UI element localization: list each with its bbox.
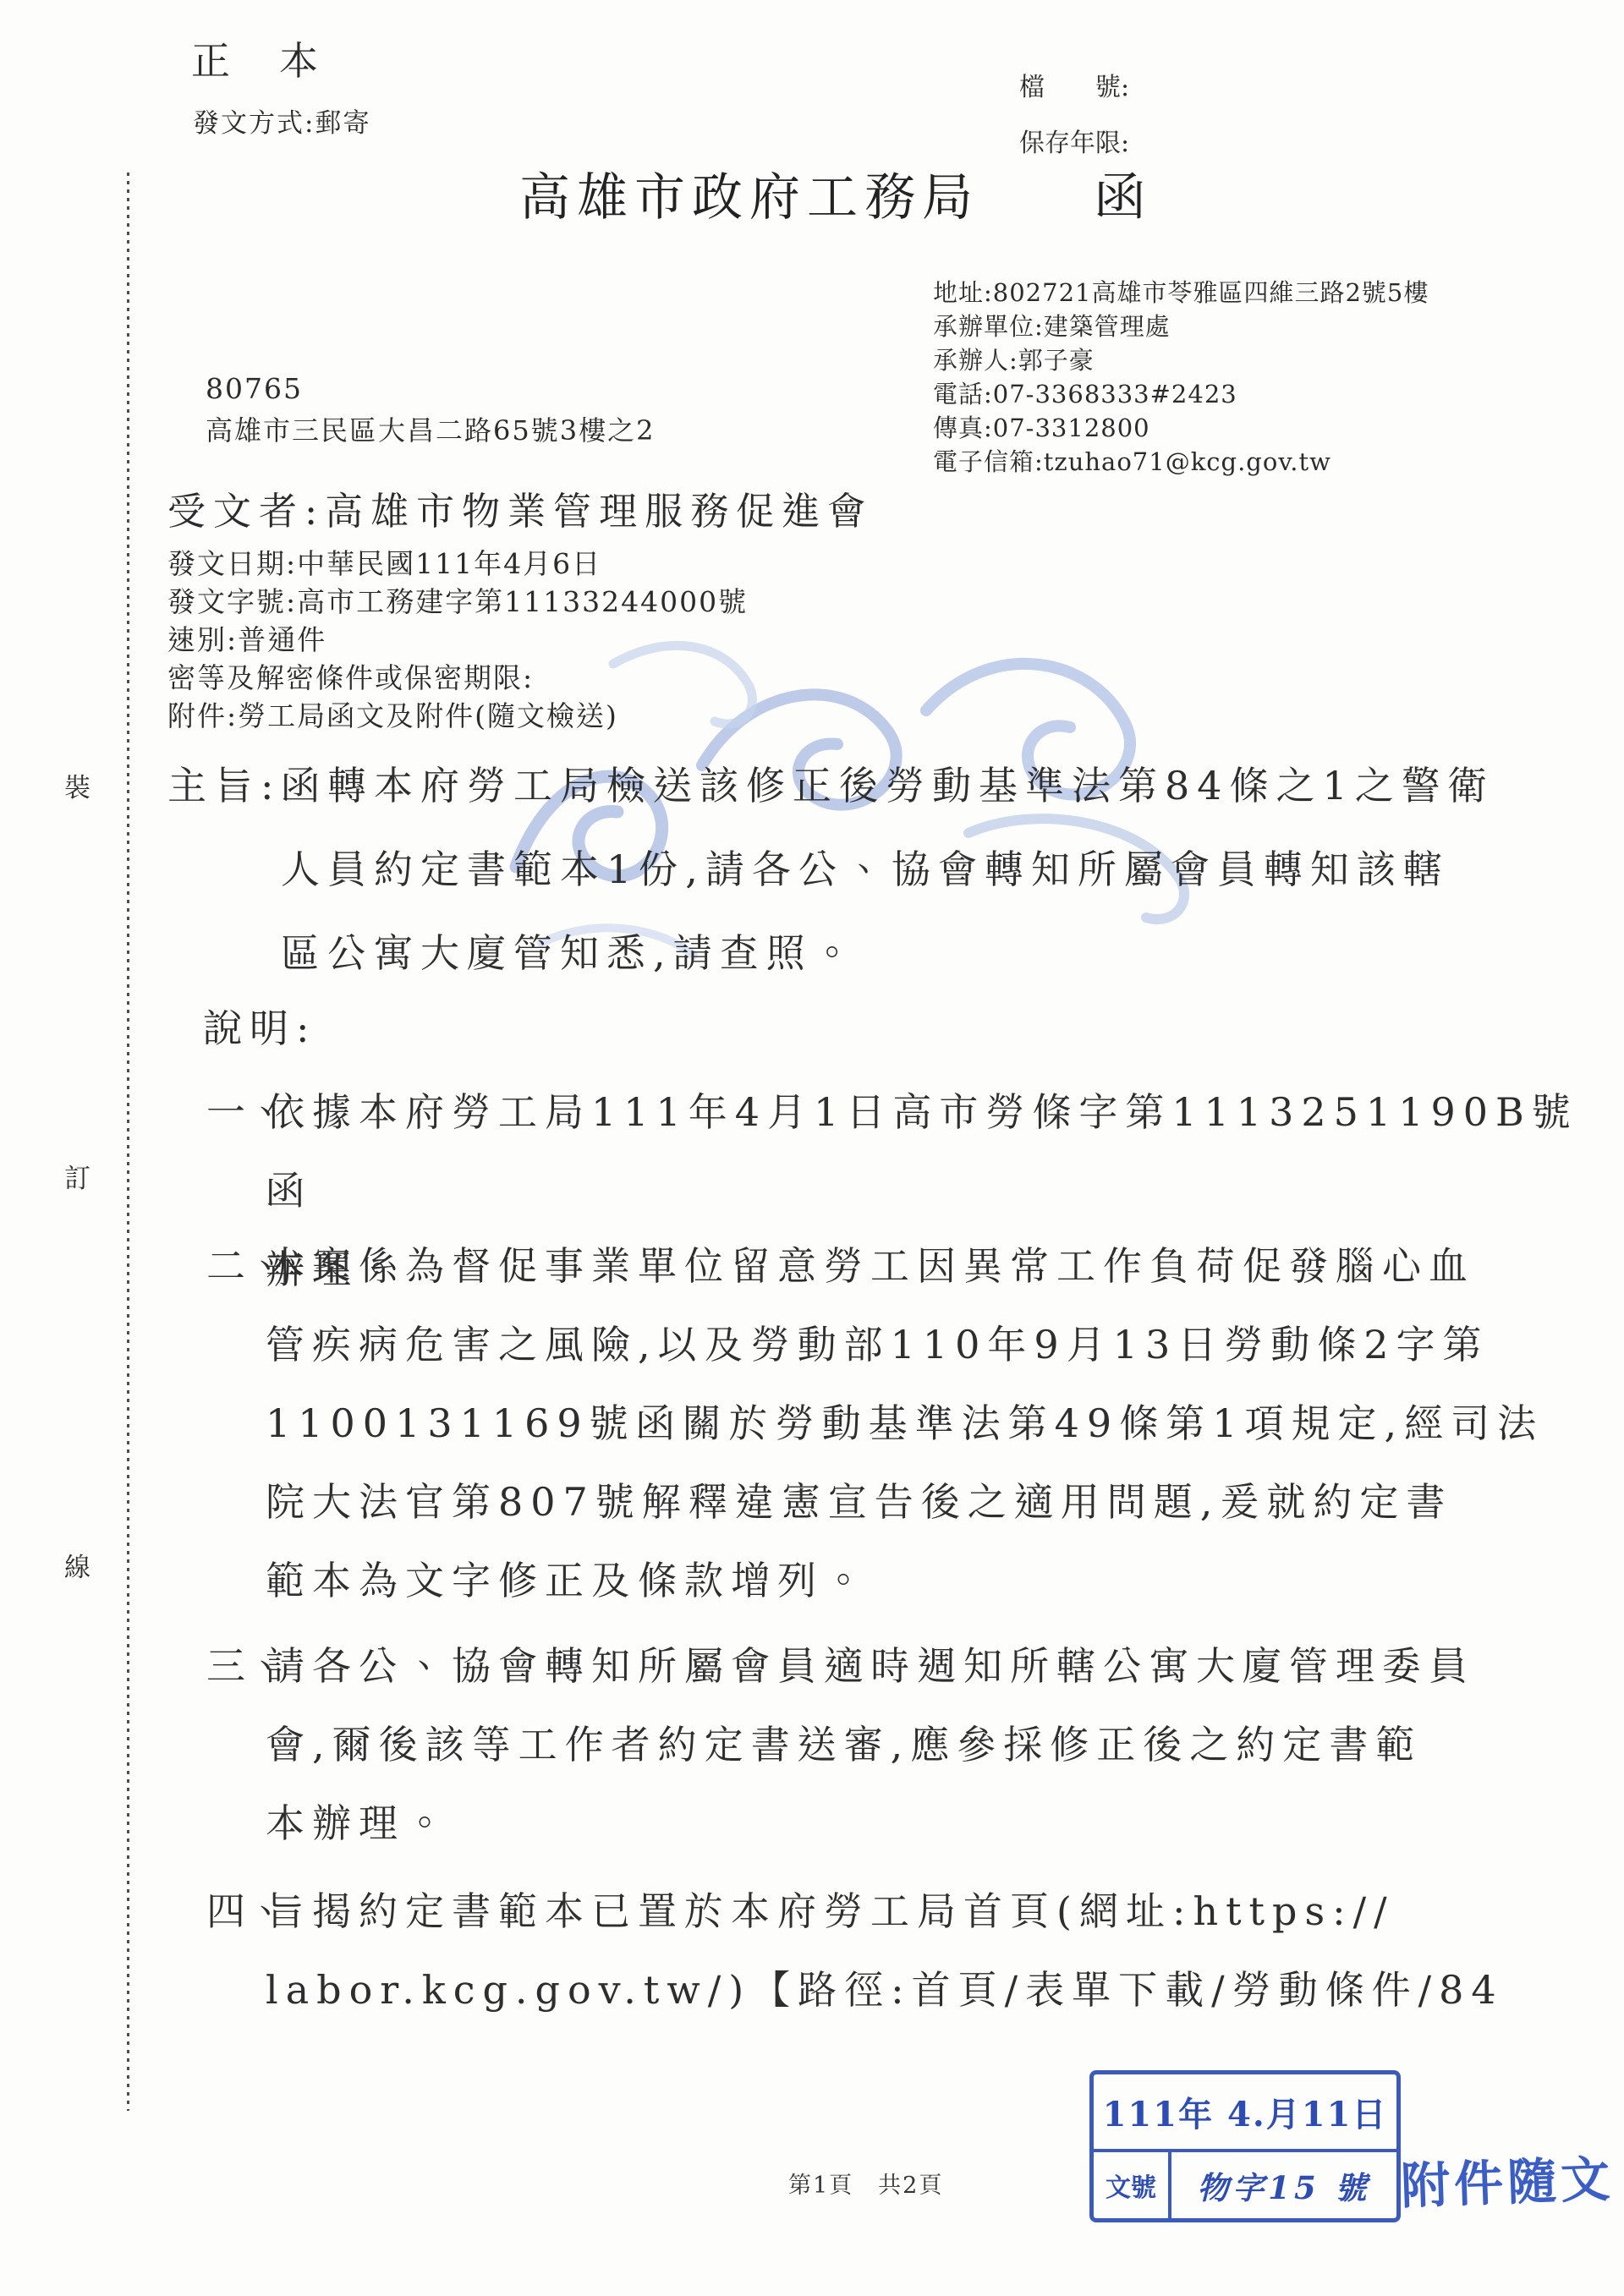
- item-line: 1100131169號函關於勞動基準法第49條第1項規定,經司法: [266, 1384, 1544, 1463]
- page-footer: 第1頁 共2頁: [788, 2167, 943, 2200]
- document-page: 裝 訂 線 正 本 發文方式:郵寄 檔 號: 保存年限: 高雄市政府工務局 函 …: [0, 0, 1624, 2296]
- item-line: 會,爾後該等工作者約定書送審,應參採修正後之約定書範: [266, 1706, 1475, 1784]
- agency-email: 電子信箱:tzuhao71@kcg.gov.tw: [933, 445, 1429, 479]
- recipient-street-address: 高雄市三民區大昌二路65號3樓之2: [206, 409, 655, 448]
- subject-label: 主旨:: [167, 744, 282, 828]
- issue-date: 發文日期:中華民國111年4月6日: [167, 545, 748, 583]
- item-number: 四、: [206, 1872, 288, 1951]
- attachment-note: 附件:勞工局函文及附件(隨文檢送): [167, 697, 748, 735]
- stamp-annotation: 附件隨文: [1400, 2140, 1616, 2218]
- binding-mark-xian: 線: [64, 1546, 91, 1584]
- explanation-item-3: 三、 請各公、協會轉知所屬會員適時週知所轄公寓大廈管理委員 會,爾後該等工作者約…: [206, 1627, 1475, 1863]
- agency-phone: 電話:07-3368333#2423: [933, 377, 1429, 411]
- item-line: 本案係為督促事業單位留意勞工因異常工作負荷促發腦心血: [266, 1227, 1544, 1306]
- binding-dotted-line: [127, 173, 129, 2111]
- explanation-item-2: 二、 本案係為督促事業單位留意勞工因異常工作負荷促發腦心血 管疾病危害之風險,以…: [206, 1227, 1544, 1620]
- agency-fax: 傳真:07-3312800: [933, 411, 1429, 445]
- item-number: 一、: [206, 1073, 288, 1152]
- delivery-method: 發文方式:郵寄: [193, 101, 370, 140]
- item-line: labor.kcg.gov.tw/)【路徑:首頁/表單下載/勞動條件/84: [266, 1951, 1504, 2030]
- subject-line: 人員約定書範本1份,請各公、協會轉知所屬會員轉知該轄: [281, 828, 1495, 912]
- agency-contact-person: 承辦人:郭子豪: [933, 343, 1429, 377]
- agency-address: 地址:802721高雄市苓雅區四維三路2號5樓: [933, 276, 1429, 310]
- copy-type-label: 正 本: [191, 30, 323, 86]
- item-line: 範本為文字修正及條款增列。: [266, 1542, 1544, 1620]
- security-classification: 密等及解密條件或保密期限:: [167, 659, 748, 697]
- binding-mark-zhuang: 裝: [64, 766, 91, 804]
- subject-line: 區公寓大廈管知悉,請查照。: [281, 912, 1495, 995]
- subject-paragraph: 主旨: 函轉本府勞工局檢送該修正後勞動基準法第84條之1之警衛 人員約定書範本1…: [167, 744, 1495, 995]
- item-line: 本辦理。: [266, 1784, 1475, 1863]
- stamp-doc-number-value: 物字15 號: [1171, 2152, 1396, 2218]
- explanation-label: 說明:: [203, 998, 317, 1054]
- agency-unit: 承辦單位:建築管理處: [933, 310, 1429, 343]
- stamp-doc-number-label: 文號: [1094, 2152, 1171, 2218]
- item-line: 請各公、協會轉知所屬會員適時週知所轄公寓大廈管理委員: [266, 1627, 1475, 1706]
- item-line: 院大法官第807號解釋違憲宣告後之適用問題,爰就約定書: [266, 1463, 1544, 1542]
- item-number: 三、: [206, 1627, 288, 1706]
- file-number-label: 檔 號:: [1019, 66, 1129, 103]
- retention-period-label: 保存年限:: [1019, 122, 1129, 159]
- priority-level: 速別:普通件: [167, 621, 748, 659]
- received-stamp: 111年 4.月11日 文號 物字15 號: [1089, 2070, 1401, 2222]
- item-number: 二、: [206, 1227, 288, 1306]
- stamp-date: 111年 4.月11日: [1094, 2074, 1396, 2152]
- explanation-item-4: 四、 旨揭約定書範本已置於本府勞工局首頁(網址:https:// labor.k…: [206, 1872, 1504, 2030]
- subject-line: 函轉本府勞工局檢送該修正後勞動基準法第84條之1之警衛: [281, 744, 1495, 828]
- item-line: 管疾病危害之風險,以及勞動部110年9月13日勞動條2字第: [266, 1306, 1544, 1384]
- item-line: 依據本府勞工局111年4月1日高市勞條字第1113251190B號函: [266, 1073, 1624, 1230]
- document-number: 發文字號:高市工務建字第11133244000號: [167, 583, 748, 621]
- agency-contact-block: 地址:802721高雄市苓雅區四維三路2號5樓 承辦單位:建築管理處 承辦人:郭…: [933, 276, 1429, 479]
- item-line: 旨揭約定書範本已置於本府勞工局首頁(網址:https://: [266, 1872, 1504, 1951]
- recipient-postal-code: 80765: [206, 372, 303, 405]
- document-meta-block: 發文日期:中華民國111年4月6日 發文字號:高市工務建字第1113324400…: [167, 545, 748, 735]
- binding-mark-ding: 訂: [64, 1157, 91, 1195]
- recipient-line: 受文者:高雄市物業管理服務促進會: [167, 480, 873, 535]
- document-title: 高雄市政府工務局 函: [519, 157, 1152, 230]
